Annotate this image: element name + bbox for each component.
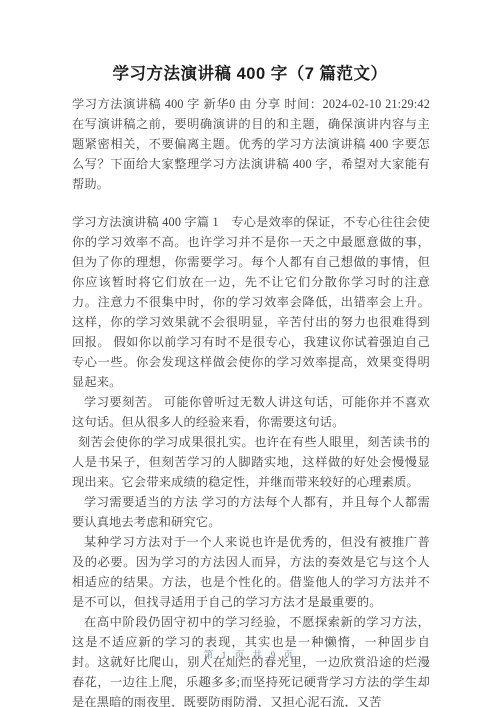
document-viewport: 学习方法演讲稿 400 字（7 篇范文） 学习方法演讲稿 400 字 新华0 由… — [0, 0, 500, 707]
intro-paragraph: 学习方法演讲稿 400 字 新华0 由 分享 时间：2024-02-10 21:… — [72, 94, 430, 194]
page-number: 第 1 页 共 9 页 — [0, 647, 500, 661]
body-paragraph: 某种学习方法对于一个人来说也许是优秀的，但没有被推广普及的必要。因为学习的方法因… — [72, 532, 430, 612]
page-title: 学习方法演讲稿 400 字（7 篇范文） — [72, 63, 428, 85]
document-body: 学习方法演讲稿 400 字 新华0 由 分享 时间：2024-02-10 21:… — [72, 94, 430, 707]
document-page: 学习方法演讲稿 400 字（7 篇范文） 学习方法演讲稿 400 字 新华0 由… — [0, 0, 500, 707]
body-paragraph: 学习需要适当的方法 学习的方法每个人都有，并且每个人都需要认真地去考虑和研究它。 — [72, 492, 430, 532]
body-paragraph: 刻苦会使你的学习成果很扎实。也许在有些人眼里，刻苦读书的人是书呆子，但刻苦学习的… — [72, 432, 430, 492]
body-paragraph: 学习方法演讲稿 400 字篇 1 专心是效率的保证，不专心往往会使你的学习效率不… — [72, 212, 430, 392]
body-paragraph: 学习要刻苦。 可能你曾听过无数人讲这句话，可能你并不喜欢这句话。但从很多人的经验… — [72, 392, 430, 432]
